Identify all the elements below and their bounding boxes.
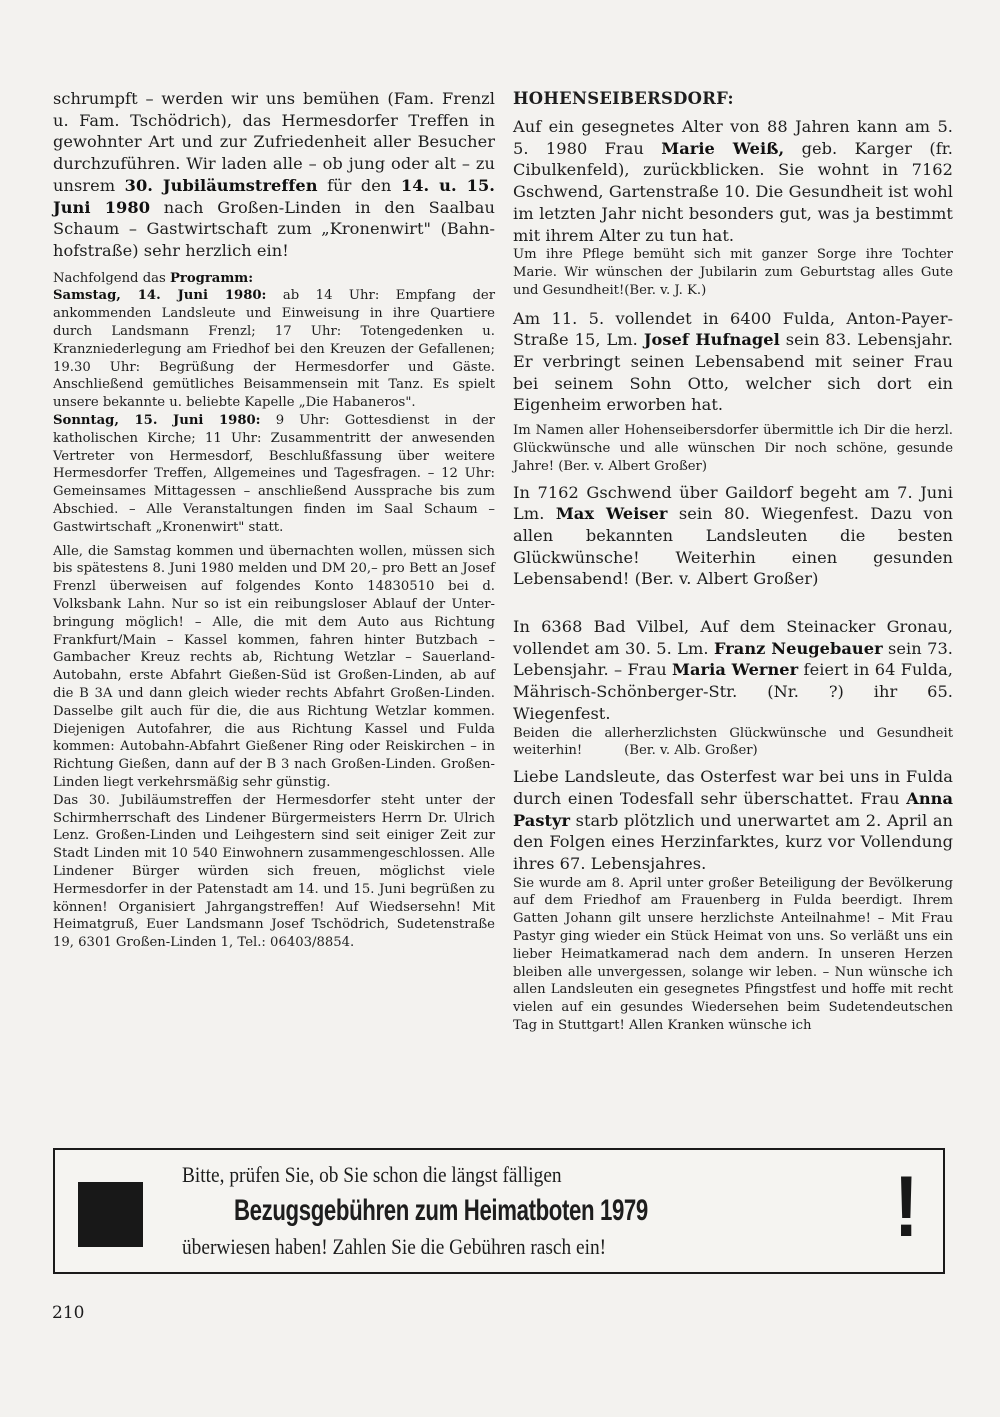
programm-title: Programm:: [170, 271, 253, 286]
section-heading: HOHENSEIBERSDORF:: [513, 88, 953, 110]
sunday-text: 9 Uhr: Gottesdienst in der katholischen …: [53, 413, 495, 535]
neugebauer-paragraph: In 6368 Bad Vilbel, Auf dem Steinacker G…: [513, 616, 953, 725]
person-name: Franz Neuge­bauer: [714, 639, 883, 658]
hufnagel-paragraph: Am 11. 5. vollendet in 6400 Fulda, Anton…: [513, 308, 953, 417]
programm-heading: Nachfolgend das Programm:: [53, 270, 495, 288]
pastyr-paragraph: Liebe Landsleute, das Osterfest war bei …: [513, 766, 953, 875]
intro-text: für den: [318, 176, 401, 195]
reminder-line-3: überwiesen haben! Zahlen Sie die Gebühre…: [182, 1232, 754, 1262]
pastyr-note: Sie wurde am 8. April unter großer Betei…: [513, 875, 953, 1035]
weiss-paragraph: Auf ein gesegnetes Alter von 88 Jahren k…: [513, 116, 953, 246]
page-number: 210: [52, 1303, 84, 1323]
weiss-note: Um ihre Pflege bemüht sich mit ganzer So…: [513, 246, 953, 299]
jubilee-title: 30. Jubiläumstreffen: [125, 176, 318, 195]
programm-label: Nachfolgend das: [53, 271, 170, 286]
sunday-schedule: Sonntag, 15. Juni 1980: 9 Uhr: Gottesdie…: [53, 412, 495, 537]
person-name: Max Weiser: [556, 504, 668, 523]
person-name: Maria Werner: [672, 660, 798, 679]
document-page: schrumpft – werden wir uns bemühen (Fam.…: [0, 0, 1000, 1417]
saturday-text: ab 14 Uhr: Empfang der ankommenden Lands…: [53, 288, 495, 410]
person-name: Marie Weiß,: [661, 139, 784, 158]
travel-directions: Alle, die Samstag kommen und übernachten…: [53, 543, 495, 792]
reminder-text: Bitte, prüfen Sie, ob Sie schon die läng…: [182, 1160, 832, 1262]
person-name: Josef Hufnagel: [644, 330, 780, 349]
left-column: schrumpft – werden wir uns bemühen (Fam.…: [53, 88, 495, 952]
right-column: HOHENSEIBERSDORF: Auf ein gesegnetes Alt…: [513, 88, 953, 1035]
reminder-headline: Bezugsgebühren zum Heimatboten 1979: [234, 1190, 677, 1232]
saturday-schedule: Samstag, 14. Juni 1980: ab 14 Uhr: Empfa…: [53, 287, 495, 412]
pastyr-text: Liebe Landsleute, das Osterfest war bei …: [513, 767, 953, 808]
patronage-paragraph: Das 30. Jubiläumstreffen der Hermesdorfe…: [53, 792, 495, 952]
hufnagel-note: Im Namen aller Hohenseibersdorfer übermi…: [513, 422, 953, 475]
payment-reminder-box: Bitte, prüfen Sie, ob Sie schon die läng…: [53, 1148, 945, 1274]
neugebauer-note: Beiden die allerherzlichsten Glückwünsch…: [513, 725, 953, 761]
sunday-date: Sonntag, 15. Juni 1980:: [53, 413, 261, 428]
exclamation-icon: !: [895, 1162, 919, 1252]
reminder-line-1: Bitte, prüfen Sie, ob Sie schon die läng…: [182, 1160, 754, 1190]
intro-paragraph: schrumpft – werden wir uns bemühen (Fam.…: [53, 88, 495, 262]
black-square-icon: [78, 1182, 143, 1247]
weiser-paragraph: In 7162 Gschwend über Gaildorf begeht am…: [513, 482, 953, 591]
pastyr-text: starb plötzlich und unerwartet am 2. Apr…: [513, 811, 953, 873]
saturday-date: Samstag, 14. Juni 1980:: [53, 288, 266, 303]
